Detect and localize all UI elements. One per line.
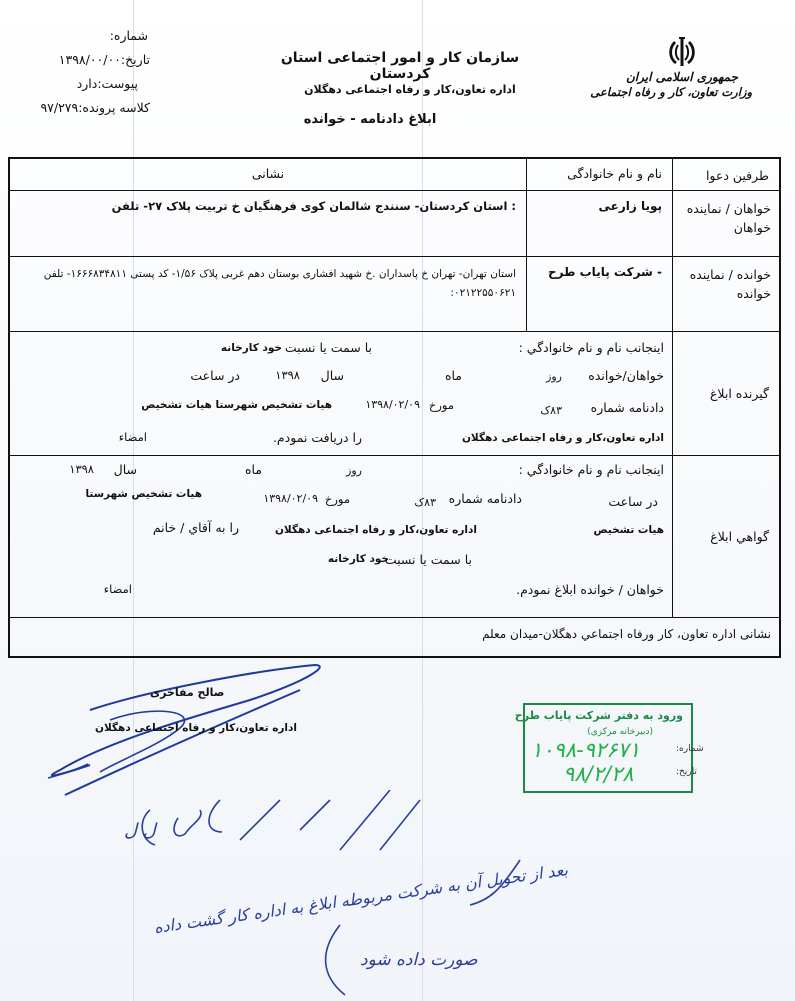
- certificate-text: هیات تشخیص شهرستا: [85, 488, 202, 500]
- certificate-text: روز: [346, 464, 362, 477]
- table-row-recipient: گیرنده ابلاغ اینجانب نام و نام خانوادگي …: [10, 332, 779, 456]
- recipient-label: گیرنده ابلاغ: [672, 332, 779, 455]
- recipient-text: هیات تشخیص شهرستا هیات تشخیص: [141, 399, 332, 411]
- header-name: نام و نام خانوادگی: [526, 159, 672, 190]
- recipient-text: دادنامه شماره: [591, 400, 664, 415]
- certificate-text: مورخ: [325, 492, 350, 506]
- certificate-text: هیات تشخیص: [593, 524, 664, 536]
- certificate-text: ماه: [245, 462, 262, 477]
- recipient-body: اینجانب نام و نام خانوادگي : با سمت یا ن…: [10, 332, 672, 455]
- certificate-signature-label: امضاء: [104, 582, 132, 596]
- recipient-text: در ساعت: [190, 368, 240, 383]
- table-row-office-address: نشانی اداره تعاون، کار ورفاه اجتماعي دهگ…: [10, 618, 779, 656]
- handwritten-line-1: ل ل: [124, 820, 156, 841]
- table-header-row: طرفین دعوا نام و نام خانوادگی نشانی: [10, 159, 779, 191]
- recipient-text: ۱۳۹۸: [275, 368, 300, 382]
- party-address: : استان کردستان- سنندج شالمان کوی فرهنگی…: [10, 191, 526, 256]
- stamp-number-label: شماره:: [676, 744, 704, 754]
- recipient-text: ۱۳۹۸/۰۲/۰۹: [365, 398, 420, 411]
- stamp-date: ۹۸/۲/۲۸: [563, 762, 634, 786]
- recipient-text: سال: [321, 368, 344, 383]
- stamp-title: ورود به دفتر شرکت پایاب طرح: [515, 709, 683, 722]
- recipient-text: مورخ: [429, 398, 454, 412]
- certificate-text: سال: [114, 462, 137, 477]
- organization-title: سازمان کار و امور اجتماعی استان کردستان: [250, 50, 550, 82]
- office-address: نشانی اداره تعاون، کار ورفاه اجتماعي دهگ…: [474, 618, 779, 656]
- meta-file-class: کلاسه پرونده:۹۷/۲۷۹: [30, 96, 150, 120]
- meta-number: شماره:: [30, 24, 150, 48]
- receipt-stamp: ورود به دفتر شرکت پایاب طرح (دبیرخانه مر…: [523, 703, 693, 793]
- party-name: پویا زارعی: [526, 191, 672, 256]
- party-label: خواهان / نماینده خواهان: [672, 191, 779, 256]
- party-address: استان تهران- تهران خ پاسداران .خ شهید اف…: [10, 257, 526, 331]
- table-row-plaintiff: خواهان / نماینده خواهان پویا زارعی : است…: [10, 191, 779, 257]
- stamp-subtitle: (دبیرخانه مرکزی): [587, 727, 653, 737]
- certificate-text: ۸۳ک: [414, 496, 436, 509]
- document-meta: شماره: تاریخ:۱۳۹۸/۰۰/۰۰ پیوست:دارد کلاسه…: [30, 24, 150, 120]
- document-title: ابلاغ دادنامه - خوانده: [285, 112, 455, 127]
- recipient-text: خواهان/خوانده: [588, 368, 664, 383]
- meta-date: تاریخ:۱۳۹۸/۰۰/۰۰: [30, 48, 150, 72]
- recipient-text: با سمت یا نسبت: [285, 340, 372, 355]
- recipient-text: ۸۳ک: [540, 404, 562, 417]
- table-row-certificate: گواهي ابلاغ اینجانب نام و نام خانوادگي :…: [10, 456, 779, 618]
- party-label: خوانده / نماینده خوانده: [672, 257, 779, 331]
- recipient-text: اداره تعاون،کار و رفاه اجتماعی دهگلان: [462, 432, 664, 444]
- signer-name: صالح مفاخری: [150, 686, 224, 699]
- stamp-number: ۱۰۹۸-۹۲۶۷۱: [531, 738, 640, 762]
- ministry-logo: جمهوری اسلامی ایران وزارت تعاون، کار و ر…: [612, 36, 752, 100]
- certificate-text: در ساعت: [608, 494, 658, 509]
- recipient-text: خود کارخانه: [221, 342, 282, 354]
- document-page: جمهوری اسلامی ایران وزارت تعاون، کار و ر…: [0, 0, 795, 1001]
- certificate-text: با سمت یا نسبت: [385, 552, 472, 567]
- signer-organization: اداره تعاون،کار و رفاه اجتماعی دهگلان: [95, 722, 297, 734]
- certificate-text: ۱۳۹۸: [69, 462, 94, 476]
- table-row-defendant: خوانده / نماینده خوانده - شرکت پایاب طرح…: [10, 257, 779, 332]
- emblem-line-1: جمهوری اسلامی ایران: [612, 70, 752, 85]
- certificate-label: گواهي ابلاغ: [672, 456, 779, 617]
- organization-subtitle: اداره تعاون،کار و رفاه اجتماعی دهگلان: [285, 83, 535, 96]
- recipient-text: روز: [546, 370, 562, 383]
- handwritten-line-3: صورت داده شود: [360, 950, 478, 970]
- emblem-line-2: وزارت تعاون، کار و رفاه اجتماعی: [612, 85, 752, 100]
- parties-table: طرفین دعوا نام و نام خانوادگی نشانی خواه…: [8, 157, 781, 658]
- certificate-text: خود کارخانه: [328, 553, 389, 565]
- certificate-text: دادنامه شماره: [449, 491, 522, 506]
- certificate-text: اینجانب نام و نام خانوادگي :: [519, 462, 664, 477]
- meta-attachment: پیوست:دارد: [30, 72, 150, 96]
- certificate-text: خواهان / خوانده ابلاغ نمودم.: [516, 582, 664, 597]
- recipient-text: را دریافت نمودم.: [273, 430, 362, 445]
- certificate-text: را به آقاي / خانم: [153, 520, 239, 535]
- certificate-text: اداره تعاون،کار و رفاه اجتماعی دهگلان: [275, 524, 477, 536]
- recipient-text: اینجانب نام و نام خانوادگي :: [519, 340, 664, 355]
- stamp-date-label: تاریخ:: [676, 767, 697, 777]
- certificate-text: ۱۳۹۸/۰۲/۰۹: [263, 492, 318, 505]
- iran-emblem-icon: [667, 36, 697, 68]
- recipient-signature-label: امضاء: [119, 430, 147, 444]
- certificate-body: اینجانب نام و نام خانوادگي : روز ماه سال…: [10, 456, 672, 617]
- header-address: نشانی: [10, 159, 526, 190]
- recipient-text: ماه: [445, 368, 462, 383]
- header-parties: طرفین دعوا: [672, 159, 779, 190]
- party-name: - شرکت پایاب طرح: [526, 257, 672, 331]
